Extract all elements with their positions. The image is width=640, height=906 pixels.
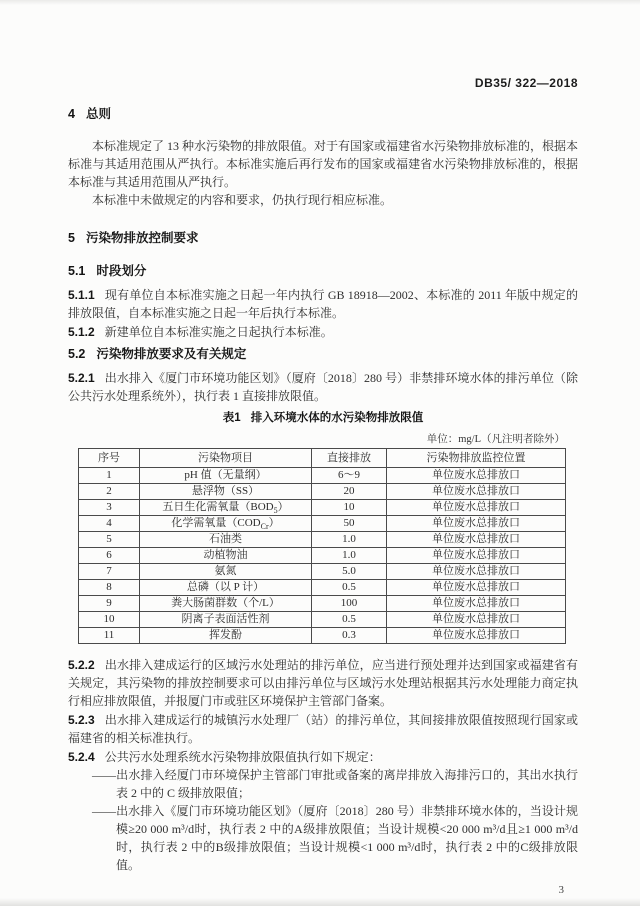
cell-seq: 7 [79, 564, 140, 580]
section-5-1-heading: 5.1时段划分 [68, 263, 578, 279]
cell-limit: 10 [312, 500, 387, 516]
cell-item: pH 值（无量纲） [140, 468, 312, 484]
cell-seq: 5 [79, 532, 140, 548]
list-item: ——出水排入《厦门市环境功能区划》（厦府〔2018〕280 号）非禁排环境水体的… [68, 802, 578, 874]
cell-item-text: 石油类 [209, 533, 242, 545]
clause-5-1-1-number: 5.1.1 [68, 288, 95, 302]
cell-location: 单位废水总排放口 [387, 596, 566, 612]
section-5-title: 污染物排放控制要求 [86, 231, 199, 245]
table1-label: 表1 [223, 412, 241, 424]
cell-limit: 0.5 [312, 612, 387, 628]
cell-item-text: 氨氮 [215, 565, 237, 577]
cell-item-text: 总磷（以 P 计） [187, 581, 264, 593]
table-row: 4化学需氧量（CODCr）50单位废水总排放口 [79, 516, 566, 532]
cell-location: 单位废水总排放口 [387, 628, 566, 644]
cell-item: 阴离子表面活性剂 [140, 612, 312, 628]
table-row: 6动植物油1.0单位废水总排放口 [79, 548, 566, 564]
clause-5-2-1-text: 出水排入《厦门市环境功能区划》（厦府〔2018〕280 号）非禁排环境水体的排污… [68, 371, 578, 403]
table1: 序号 污染物项目 直接排放 污染物排放监控位置 1pH 值（无量纲）6～9单位废… [78, 448, 566, 644]
cell-location: 单位废水总排放口 [387, 516, 566, 532]
clause-5-1-2: 5.1.2新建单位自本标准实施之日起执行本标准。 [68, 323, 578, 341]
table-row: 11挥发酚0.3单位废水总排放口 [79, 628, 566, 644]
cell-seq: 1 [79, 468, 140, 484]
cell-seq: 10 [79, 612, 140, 628]
cell-limit: 1.0 [312, 532, 387, 548]
table1-col-seq: 序号 [79, 449, 140, 468]
cell-item-text: 动植物油 [204, 549, 248, 561]
cell-item: 总磷（以 P 计） [140, 580, 312, 596]
cell-item: 石油类 [140, 532, 312, 548]
cell-seq: 6 [79, 548, 140, 564]
table1-col-item: 污染物项目 [140, 449, 312, 468]
table1-caption: 排入环境水体的水污染物排放限值 [251, 412, 424, 424]
cell-item-text: 阴离子表面活性剂 [182, 613, 270, 625]
table1-col-location: 污染物排放监控位置 [387, 449, 566, 468]
section-4-number: 4 [68, 107, 75, 121]
cell-seq: 9 [79, 596, 140, 612]
clause-5-1-1-text: 现有单位自本标准实施之日起一年内执行 GB 18918—2002、本标准的 20… [68, 288, 578, 320]
table1-header-row: 序号 污染物项目 直接排放 污染物排放监控位置 [79, 449, 566, 468]
section-4-title: 总则 [86, 107, 111, 121]
cell-item-text: 挥发酚 [209, 629, 242, 641]
table-row: 10阴离子表面活性剂0.5单位废水总排放口 [79, 612, 566, 628]
doc-code-header: DB35/ 322—2018 [475, 76, 578, 90]
clause-5-2-1: 5.2.1出水排入《厦门市环境功能区划》（厦府〔2018〕280 号）非禁排环境… [68, 369, 578, 405]
cell-item: 五日生化需氧量（BOD5） [140, 500, 312, 516]
list-item: ——出水排入经厦门市环境保护主管部门审批或备案的离岸排放入海排污口的，其出水执行… [68, 766, 578, 802]
cell-item-text-post: ） [278, 501, 289, 513]
section-4-heading: 4总则 [68, 106, 578, 122]
cell-item-text: 化学需氧量（COD [171, 517, 260, 529]
clause-5-2-4: 5.2.4公共污水处理系统水污染物排放限值执行如下规定： [68, 748, 578, 766]
cell-limit: 100 [312, 596, 387, 612]
table-row: 2悬浮物（SS）20单位废水总排放口 [79, 484, 566, 500]
cell-seq: 8 [79, 580, 140, 596]
table-row: 9粪大肠菌群数（个/L）100单位废水总排放口 [79, 596, 566, 612]
cell-limit: 5.0 [312, 564, 387, 580]
page-number: 3 [68, 881, 564, 899]
cell-location: 单位废水总排放口 [387, 564, 566, 580]
cell-location: 单位废水总排放口 [387, 500, 566, 516]
clause-5-1-2-text: 新建单位自本标准实施之日起执行本标准。 [105, 325, 333, 339]
scan-edge-bottom [0, 898, 640, 906]
clause-5-2-3-text: 出水排入建成运行的城镇污水处理厂（站）的排污单位，其间接排放限值按照现行国家或福… [68, 713, 578, 745]
cell-item: 挥发酚 [140, 628, 312, 644]
scan-edge-top [0, 0, 640, 5]
cell-seq: 3 [79, 500, 140, 516]
cell-item-text: 粪大肠菌群数（个/L） [171, 597, 280, 609]
table-row: 3五日生化需氧量（BOD5）10单位废水总排放口 [79, 500, 566, 516]
clause-5-2-2-text: 出水排入建成运行的区域污水处理站的排污单位，应当进行预处理并达到国家或福建省有关… [68, 658, 578, 708]
section-4-paragraph-1: 本标准规定了 13 种水污染物的排放限值。对于有国家或福建省水污染物排放标准的，… [68, 137, 578, 191]
section-5-2-number: 5.2 [68, 347, 85, 361]
table1-col-limit: 直接排放 [312, 449, 387, 468]
cell-location: 单位废水总排放口 [387, 612, 566, 628]
cell-location: 单位废水总排放口 [387, 468, 566, 484]
document-page: DB35/ 322—2018 4总则 本标准规定了 13 种水污染物的排放限值。… [0, 0, 640, 906]
table-row: 1pH 值（无量纲）6～9单位废水总排放口 [79, 468, 566, 484]
clause-5-2-1-number: 5.2.1 [68, 371, 95, 385]
clause-5-2-4-text: 公共污水处理系统水污染物排放限值执行如下规定： [105, 750, 381, 764]
clause-5-2-2-number: 5.2.2 [68, 658, 95, 672]
cell-location: 单位废水总排放口 [387, 580, 566, 596]
cell-item-text: 五日生化需氧量（BOD [162, 501, 273, 513]
section-5-2-heading: 5.2污染物排放要求及有关规定 [68, 346, 578, 362]
cell-item: 悬浮物（SS） [140, 484, 312, 500]
table-row: 5石油类1.0单位废水总排放口 [79, 532, 566, 548]
clause-5-1-2-number: 5.1.2 [68, 325, 95, 339]
cell-seq: 4 [79, 516, 140, 532]
page-content: 4总则 本标准规定了 13 种水污染物的排放限值。对于有国家或福建省水污染物排放… [68, 98, 578, 899]
section-5-2-title: 污染物排放要求及有关规定 [96, 347, 246, 361]
cell-item-text-post: ） [269, 517, 280, 529]
cell-seq: 11 [79, 628, 140, 644]
cell-location: 单位废水总排放口 [387, 532, 566, 548]
clause-5-2-3: 5.2.3出水排入建成运行的城镇污水处理厂（站）的排污单位，其间接排放限值按照现… [68, 711, 578, 747]
section-4-paragraph-2: 本标准中未做规定的内容和要求，仍执行现行相应标准。 [68, 191, 578, 209]
cell-limit: 0.5 [312, 580, 387, 596]
cell-item: 动植物油 [140, 548, 312, 564]
clause-5-2-4-number: 5.2.4 [68, 750, 95, 764]
cell-item-text: pH 值（无量纲） [184, 469, 266, 481]
cell-limit: 20 [312, 484, 387, 500]
table-row: 8总磷（以 P 计）0.5单位废水总排放口 [79, 580, 566, 596]
section-5-number: 5 [68, 231, 75, 245]
cell-item-text: 悬浮物（SS） [192, 485, 259, 497]
cell-location: 单位废水总排放口 [387, 548, 566, 564]
cell-item: 化学需氧量（CODCr） [140, 516, 312, 532]
cell-limit: 50 [312, 516, 387, 532]
table1-title: 表1排入环境水体的水污染物排放限值 [68, 410, 578, 426]
clause-5-2-3-number: 5.2.3 [68, 713, 95, 727]
clause-5-2-2: 5.2.2出水排入建成运行的区域污水处理站的排污单位，应当进行预处理并达到国家或… [68, 656, 578, 710]
cell-limit: 6～9 [312, 468, 387, 484]
table1-unit-note: 单位：mg/L（凡注明者除外） [68, 433, 565, 446]
cell-limit: 0.3 [312, 628, 387, 644]
table-row: 7氨氮5.0单位废水总排放口 [79, 564, 566, 580]
section-5-heading: 5污染物排放控制要求 [68, 230, 578, 246]
cell-item: 粪大肠菌群数（个/L） [140, 596, 312, 612]
section-5-1-title: 时段划分 [96, 264, 146, 278]
cell-limit: 1.0 [312, 548, 387, 564]
cell-location: 单位废水总排放口 [387, 484, 566, 500]
cell-item-subscript: Cr [261, 522, 269, 531]
clause-5-1-1: 5.1.1现有单位自本标准实施之日起一年内执行 GB 18918—2002、本标… [68, 286, 578, 322]
section-5-1-number: 5.1 [68, 264, 85, 278]
cell-seq: 2 [79, 484, 140, 500]
cell-item: 氨氮 [140, 564, 312, 580]
